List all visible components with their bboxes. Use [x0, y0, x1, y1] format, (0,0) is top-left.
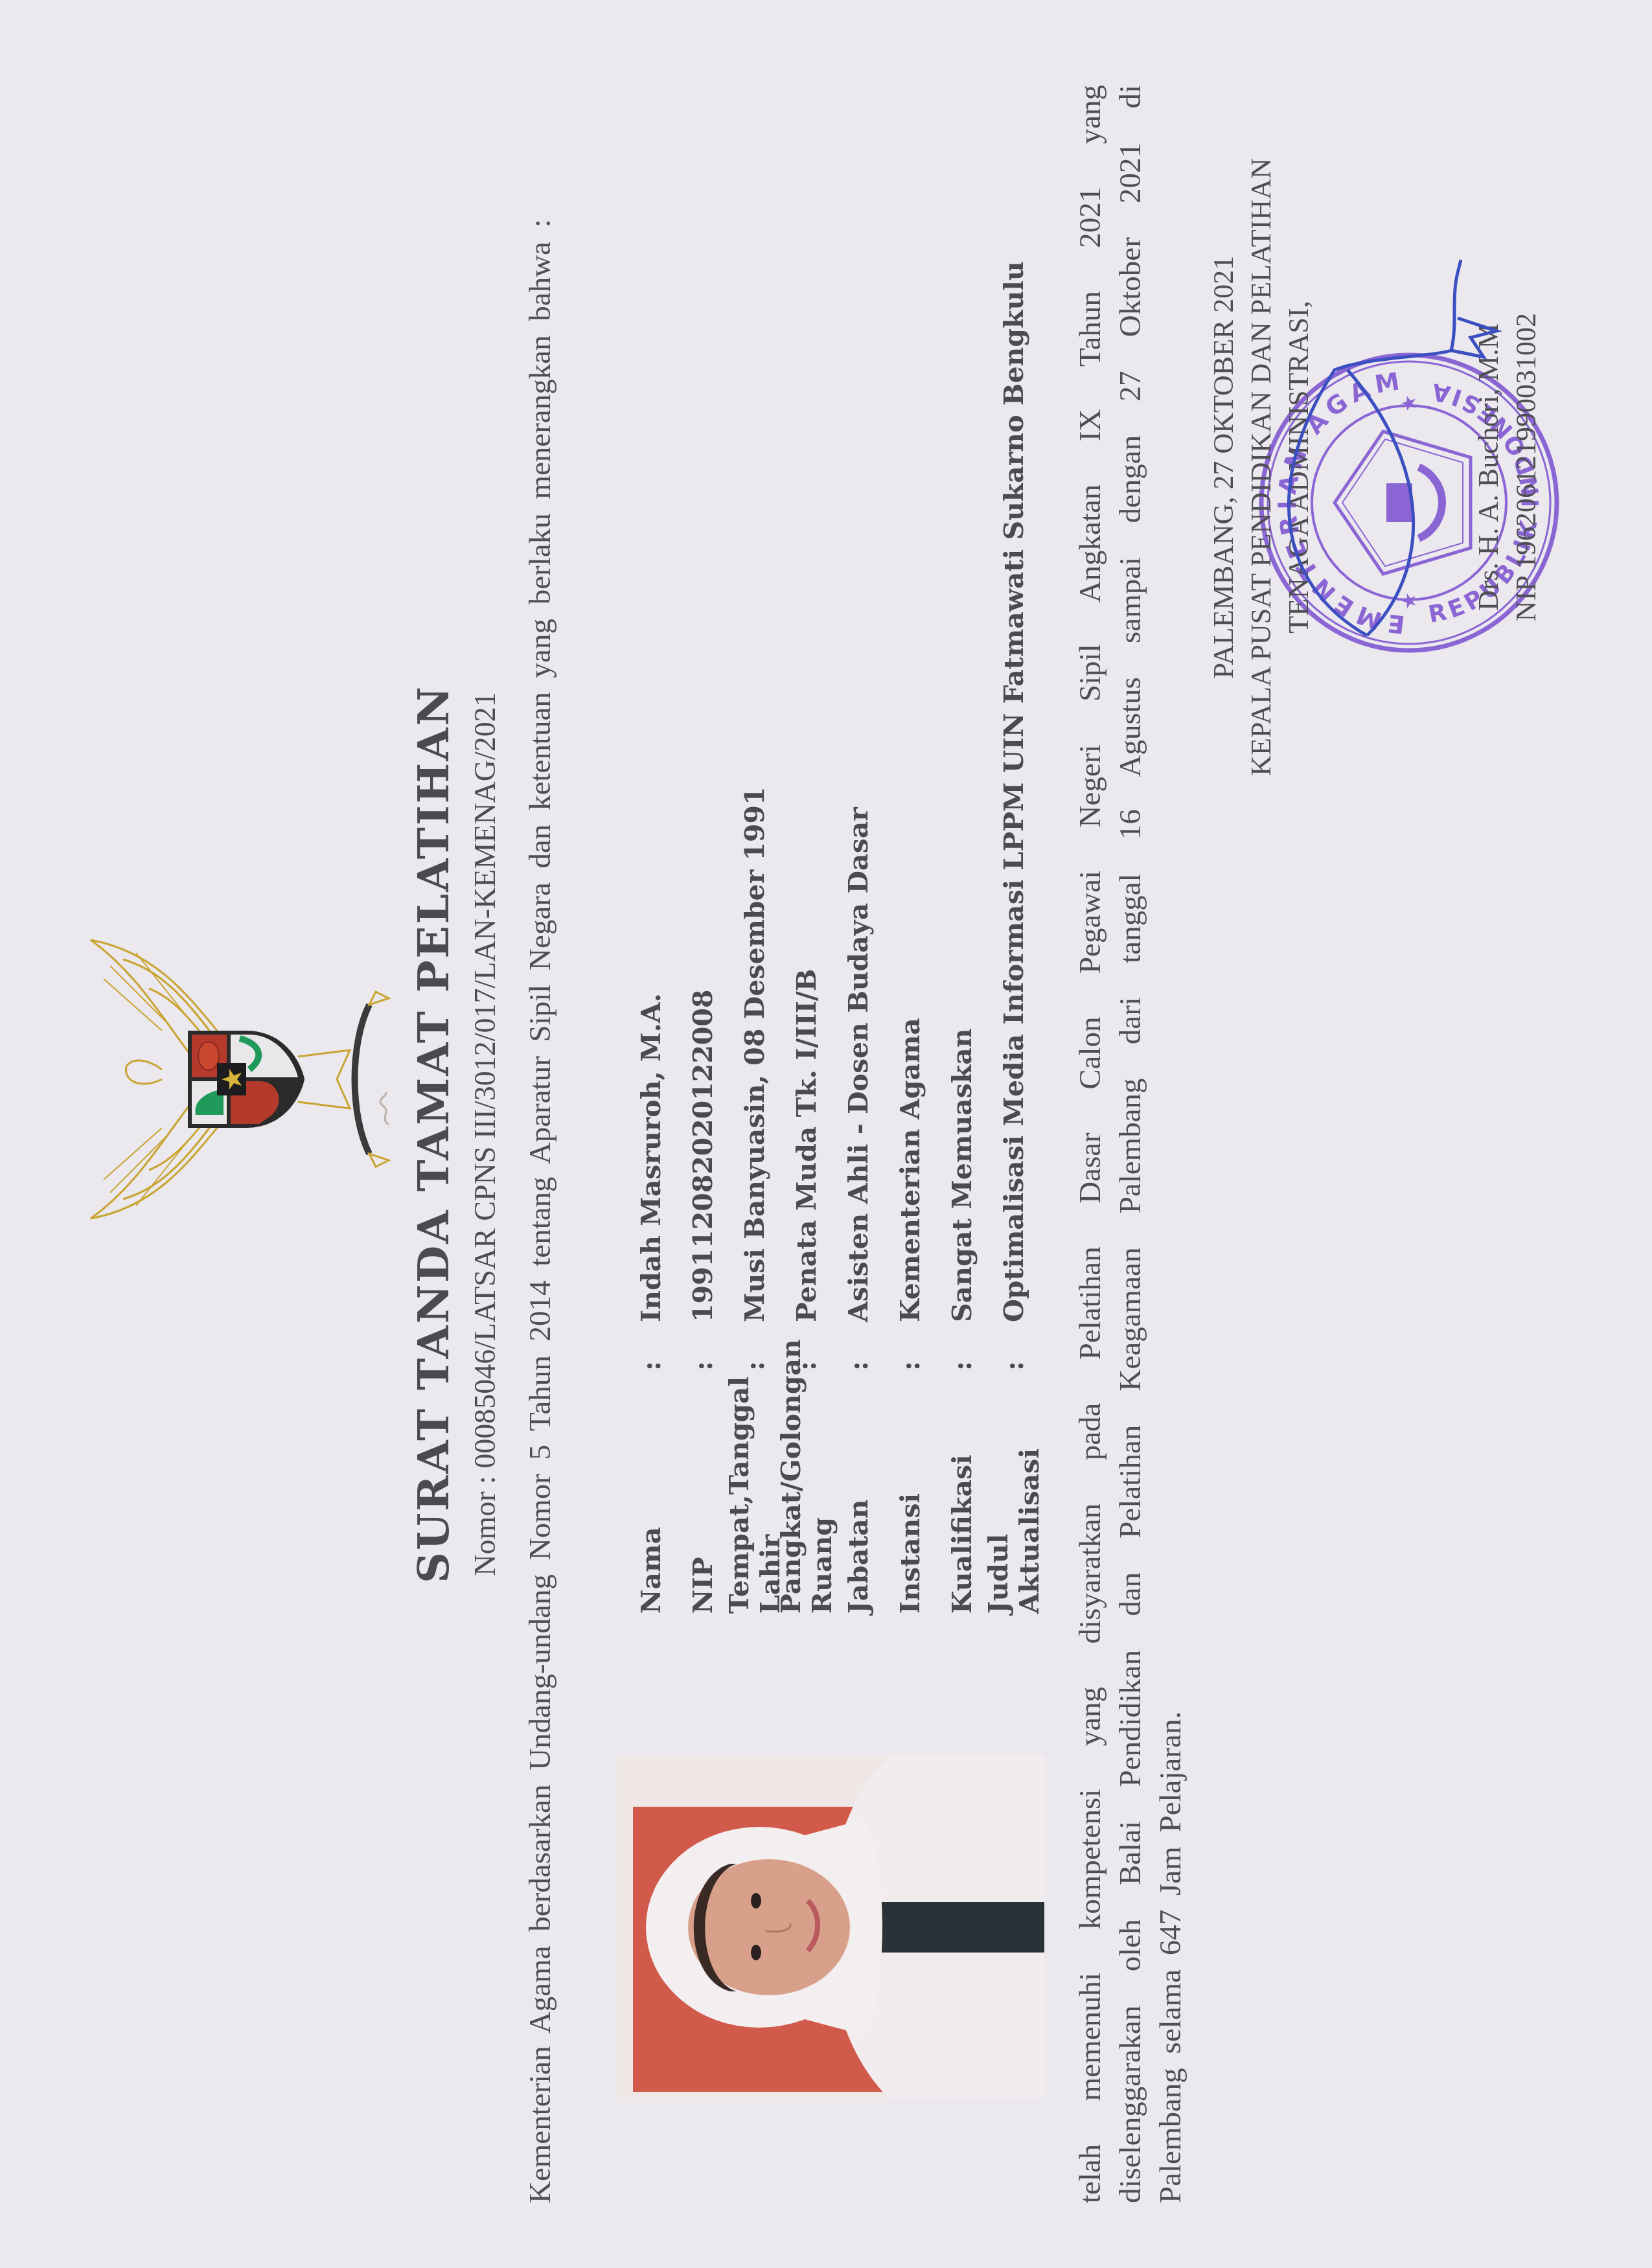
closing-paragraph: telah memenuhi kompetensi yang disyaratk… [1070, 85, 1191, 2203]
field-row-nama: Nama : Indah Masruroh, M.A. [625, 59, 677, 1614]
certificate-number: Nomor : 00085046/LATSAR CPNS III/3012/01… [468, 0, 502, 2268]
closing-line: telah memenuhi kompetensi yang disyaratk… [1070, 85, 1110, 2203]
certificate-page: SURAT TANDA TAMAT PELATIHAN Nomor : 0008… [0, 0, 1652, 2268]
field-row-position: Jabatan : Asisten Ahli - Dosen Budaya Da… [832, 59, 884, 1614]
field-row-actualization-title: Judul Aktualisasi : Optimalisasi Media I… [988, 59, 1040, 1614]
field-label: Judul Aktualisasi [983, 1371, 1045, 1614]
field-separator: : [636, 1322, 667, 1371]
field-value: 199112082020122008 [687, 59, 718, 1322]
closing-line: Palembang selama 647 Jam Pelajaran. [1151, 85, 1191, 2203]
field-row-nip: NIP : 199112082020122008 [677, 59, 729, 1614]
field-label: NIP [687, 1371, 718, 1614]
field-value: Optimalisasi Media Informasi LPPM UIN Fa… [998, 59, 1029, 1322]
field-separator: : [998, 1322, 1029, 1371]
field-value: Musi Banyuasin, 08 Desember 1991 [739, 59, 770, 1322]
portrait-image [617, 1756, 1044, 2098]
field-separator: : [946, 1322, 978, 1371]
field-label: Nama [636, 1371, 667, 1614]
field-separator: : [739, 1322, 770, 1371]
field-value: Penata Muda Tk. I/III/B [791, 59, 822, 1322]
certificate-title: SURAT TANDA TAMAT PELATIHAN [408, 0, 459, 2268]
field-row-rank: Pangkat/Golongan Ruang : Penata Muda Tk.… [781, 59, 832, 1614]
field-separator: : [687, 1322, 718, 1371]
field-label: Kualifikasi [946, 1371, 978, 1614]
field-label: Pangkat/Golongan Ruang [775, 1371, 838, 1614]
field-label: Jabatan [843, 1371, 874, 1614]
closing-line: diselenggarakan oleh Balai Pendidikan da… [1110, 85, 1151, 2203]
field-separator: : [895, 1322, 926, 1371]
garuda-emblem-icon [65, 927, 408, 1231]
field-separator: : [791, 1322, 822, 1371]
field-label: Instansi [895, 1371, 926, 1614]
participant-photo [617, 1756, 1044, 2098]
field-row-birth: Tempat,Tanggal Lahir : Musi Banyuasin, 0… [729, 59, 781, 1614]
field-value: Asisten Ahli - Dosen Budaya Dasar [843, 59, 874, 1322]
ink-smudge-mark [373, 1089, 398, 1128]
field-row-agency: Instansi : Kementerian Agama [884, 59, 936, 1614]
field-value: Indah Masruroh, M.A. [636, 59, 667, 1322]
participant-details: Nama : Indah Masruroh, M.A. NIP : 199112… [625, 59, 1040, 1614]
field-separator: : [843, 1322, 874, 1371]
field-row-qualification: Kualifikasi : Sangat Memuaskan [936, 59, 988, 1614]
intro-paragraph: Kementerian Agama berdasarkan Undang-und… [523, 85, 557, 2203]
field-value: Kementerian Agama [895, 59, 926, 1322]
field-value: Sangat Memuaskan [946, 59, 978, 1322]
handwritten-signature-icon [1237, 208, 1542, 661]
